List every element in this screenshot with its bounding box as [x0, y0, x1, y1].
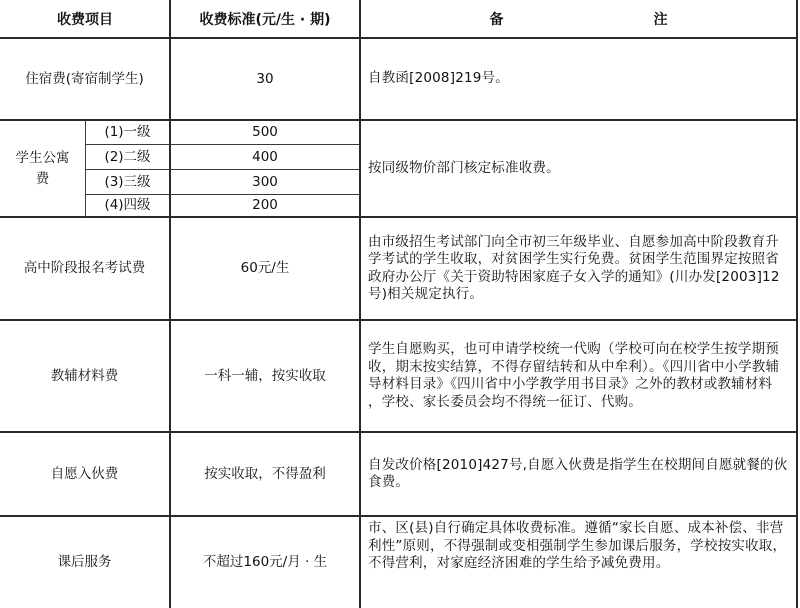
row-materials-note: 学生自愿购买，也可申请学校统一代购（学校可向在校学生按学期预收，期末按实结算，不… — [361, 321, 796, 431]
row-afterschool-standard: 不超过160元/月 · 生 — [171, 517, 359, 608]
standard-value: 300 — [252, 174, 278, 191]
sub-row-level-1: (1)一级 — [86, 121, 169, 144]
row-boarding-note: 自教函[2008]219号。 — [361, 39, 796, 119]
standard-value: 60元/生 — [241, 260, 290, 277]
note-text: 由市级招生考试部门向全市初三年级毕业、自愿参加高中阶段教育升学考试的学生收取，对… — [368, 234, 790, 304]
sub-row-standard-4: 200 — [171, 195, 359, 216]
col-border-right — [796, 0, 798, 608]
standard-value: 按实收取，不得盈利 — [204, 466, 326, 483]
note-text: 自教函[2008]219号。 — [368, 70, 509, 88]
sub-row-standard-3: 300 — [171, 170, 359, 194]
item-label: 学生公寓费 — [14, 148, 71, 190]
note-text: 市、区(县)自行确定具体收费标准。遵循“家长自愿、成本补偿、非营利性”原则，不得… — [368, 520, 790, 573]
sub-row-level-4: (4)四级 — [86, 195, 169, 216]
note-text: 学生自愿购买，也可申请学校统一代购（学校可向在校学生按学期预收，期末按实结算，不… — [368, 341, 790, 411]
row-apartment-note: 按同级物价部门核定标准收费。 — [361, 121, 796, 216]
sub-row-standard-2: 400 — [171, 145, 359, 169]
header-note: 备 注 — [361, 0, 796, 37]
note-text: 按同级物价部门核定标准收费。 — [368, 160, 560, 178]
sub-row-standard-1: 500 — [171, 121, 359, 144]
item-label: 课后服务 — [58, 554, 112, 571]
sub-row-level-2: (2)二级 — [86, 145, 169, 169]
standard-value: 200 — [252, 197, 278, 214]
row-meals-note: 自发改价格[2010]427号,自愿入伙费是指学生在校期间自愿就餐的伙食费。 — [361, 433, 796, 515]
standard-value: 500 — [252, 124, 278, 141]
sub-row-level-3: (3)三级 — [86, 170, 169, 194]
level-label: (2)二级 — [104, 149, 150, 166]
row-materials-standard: 一科一辅，按实收取 — [171, 321, 359, 431]
standard-value: 不超过160元/月 · 生 — [203, 554, 327, 571]
header-note-left: 备 — [490, 9, 504, 29]
header-note-right: 注 — [654, 9, 668, 29]
row-afterschool-item: 课后服务 — [0, 517, 169, 608]
note-text: 自发改价格[2010]427号,自愿入伙费是指学生在校期间自愿就餐的伙食费。 — [368, 457, 790, 492]
row-materials-item: 教辅材料费 — [0, 321, 169, 431]
row-apartment-item: 学生公寓费 — [0, 121, 85, 216]
item-label: 自愿入伙费 — [51, 466, 119, 483]
standard-value: 400 — [252, 149, 278, 166]
row-meals-standard: 按实收取，不得盈利 — [171, 433, 359, 515]
standard-value: 30 — [256, 71, 273, 88]
standard-value: 一科一辅，按实收取 — [204, 368, 326, 385]
header-item-label: 收费项目 — [57, 9, 113, 29]
row-exam-item: 高中阶段报名考试费 — [0, 218, 169, 319]
row-exam-standard: 60元/生 — [171, 218, 359, 319]
level-label: (4)四级 — [104, 197, 150, 214]
row-exam-note: 由市级招生考试部门向全市初三年级毕业、自愿参加高中阶段教育升学考试的学生收取，对… — [361, 218, 796, 319]
item-label: 教辅材料费 — [51, 368, 119, 385]
row-meals-item: 自愿入伙费 — [0, 433, 169, 515]
header-standard: 收费标准(元/生 · 期) — [171, 0, 359, 37]
level-label: (3)三级 — [104, 174, 150, 191]
row-boarding-item: 住宿费(寄宿制学生) — [0, 39, 169, 119]
row-boarding-standard: 30 — [171, 39, 359, 119]
header-item: 收费项目 — [0, 0, 170, 37]
item-label: 高中阶段报名考试费 — [24, 260, 146, 277]
item-label: 住宿费(寄宿制学生) — [25, 71, 144, 88]
header-standard-label: 收费标准(元/生 · 期) — [200, 9, 331, 29]
row-afterschool-note: 市、区(县)自行确定具体收费标准。遵循“家长自愿、成本补偿、非营利性”原则，不得… — [361, 517, 796, 608]
level-label: (1)一级 — [104, 124, 150, 141]
